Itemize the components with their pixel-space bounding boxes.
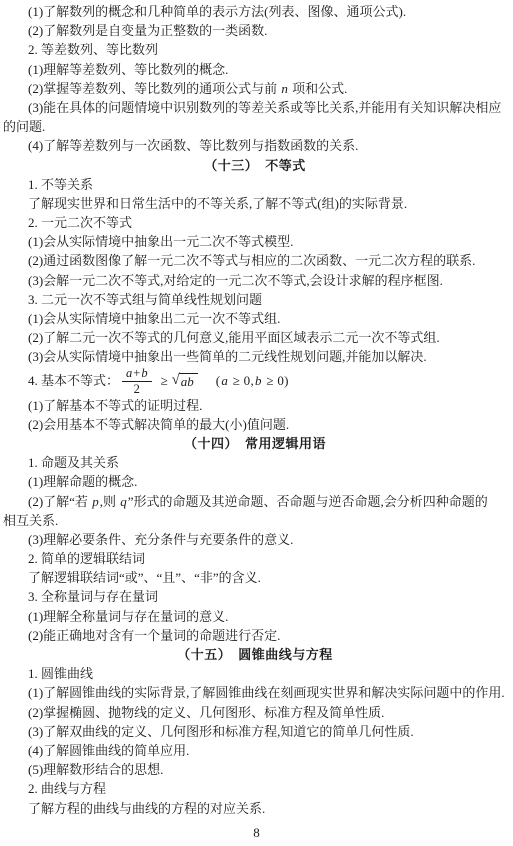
text-segment: ,则 bbox=[100, 494, 120, 509]
text-line: (3)理解必要条件、充分条件与充要条件的意义. bbox=[3, 530, 513, 549]
text-segment: 1. 不等关系 bbox=[28, 177, 93, 192]
text-segment: (2)能正确地对含有一个量词的命题进行否定. bbox=[28, 628, 280, 643]
text-line-continuation: 相互关系. bbox=[3, 511, 513, 530]
text-segment: (1)了解数列的概念和几种简单的表示方法(列表、图像、通项公式). bbox=[28, 4, 406, 19]
math-variable: p bbox=[91, 494, 100, 509]
text-segment: 相互关系. bbox=[3, 513, 58, 528]
text-segment: (2)掌握等差数列、等比数列的通项公式与前 bbox=[28, 81, 280, 96]
math-variable: q bbox=[119, 494, 128, 509]
text-segment: (2)了解“若 bbox=[28, 494, 91, 509]
formula-line: 4. 基本不等式：a+b2≥√ab(a ≥ 0,b ≥ 0) bbox=[3, 367, 513, 396]
text-line: (4)了解等差数列与一次函数、等比数列与指数函数的关系. bbox=[3, 136, 513, 155]
text-line-continuation: 的问题. bbox=[3, 117, 513, 136]
text-line: 了解逻辑联结词“或”、“且”、“非”的含义. bbox=[3, 568, 513, 587]
text-line: (3)会从实际情境中抽象出一些简单的二元线性规划问题,并能加以解决. bbox=[3, 347, 513, 366]
text-segment: (1)会从实际情境中抽象出二元一次不等式组. bbox=[28, 311, 280, 326]
math-variable: a bbox=[220, 373, 229, 388]
text-segment: (3)会解一元二次不等式,对给定的一元二次不等式,会设计求解的程序框图. bbox=[28, 273, 443, 288]
fraction-denominator: 2 bbox=[134, 382, 140, 396]
page-number: 8 bbox=[0, 825, 513, 841]
text-line: (1)会从实际情境中抽象出一元二次不等式模型. bbox=[3, 232, 513, 251]
text-line: (1)了解数列的概念和几种简单的表示方法(列表、图像、通项公式). bbox=[3, 2, 513, 21]
document-page: (1)了解数列的概念和几种简单的表示方法(列表、图像、通项公式).(2)了解数列… bbox=[0, 0, 513, 846]
text-line: 了解现实世界和日常生活中的不等关系,了解不等式(组)的实际背景. bbox=[3, 194, 513, 213]
fraction: a+b2 bbox=[122, 367, 152, 396]
text-line: 了解方程的曲线与曲线的方程的对应关系. bbox=[3, 799, 513, 818]
text-segment: 了解现实世界和日常生活中的不等关系,了解不等式(组)的实际背景. bbox=[28, 196, 407, 211]
text-line: (5)理解数形结合的思想. bbox=[3, 760, 513, 779]
text-segment: (2)会用基本不等式解决简单的最大(小)值问题. bbox=[28, 417, 289, 432]
text-segment: (2)掌握椭圆、抛物线的定义、几何图形、标准方程及简单性质. bbox=[28, 705, 384, 720]
text-segment: (3)能在具体的问题情境中识别数列的等差关系或等比关系,并能用有关知识解决相应 bbox=[28, 100, 501, 115]
section-heading: （十五） 圆锥曲线与方程 bbox=[3, 645, 513, 664]
text-line: (2)了解二元一次不等式的几何意义,能用平面区域表示二元一次不等式组. bbox=[3, 328, 513, 347]
text-line: 1. 命题及其关系 bbox=[3, 453, 513, 472]
fraction-numerator: a+b bbox=[122, 367, 152, 382]
text-segment: （十五） 圆锥曲线与方程 bbox=[177, 647, 333, 662]
text-line: (1)理解命题的概念. bbox=[3, 472, 513, 491]
document-body: (1)了解数列的概念和几种简单的表示方法(列表、图像、通项公式).(2)了解数列… bbox=[3, 2, 513, 818]
text-segment: 2. 曲线与方程 bbox=[28, 781, 106, 796]
text-segment: （十四） 常用逻辑用语 bbox=[184, 436, 326, 451]
text-line: 2. 一元二次不等式 bbox=[3, 213, 513, 232]
text-line: (2)掌握等差数列、等比数列的通项公式与前 n 项和公式. bbox=[3, 79, 513, 98]
radicand: ab bbox=[179, 373, 198, 389]
text-line: (1)理解等差数列、等比数列的概念. bbox=[3, 60, 513, 79]
text-segment: (1)了解圆锥曲线的实际背景,了解圆锥曲线在刻画现实世界和解决实际问题中的作用. bbox=[28, 685, 505, 700]
text-line: (3)能在具体的问题情境中识别数列的等差关系或等比关系,并能用有关知识解决相应 bbox=[3, 98, 513, 117]
text-segment: (4)了解等差数列与一次函数、等比数列与指数函数的关系. bbox=[28, 138, 358, 153]
text-segment: 的问题. bbox=[3, 119, 45, 134]
text-segment: 了解逻辑联结词“或”、“且”、“非”的含义. bbox=[28, 570, 261, 585]
text-segment: (1)了解基本不等式的证明过程. bbox=[28, 398, 202, 413]
text-line: 2. 简单的逻辑联结词 bbox=[3, 549, 513, 568]
text-segment: ≥ 0, bbox=[229, 373, 254, 388]
text-line: 1. 圆锥曲线 bbox=[3, 664, 513, 683]
text-segment: (2)通过函数图像了解一元二次不等式与相应的二次函数、一元二次方程的联系. bbox=[28, 253, 475, 268]
square-root: √ab bbox=[172, 373, 198, 389]
text-segment: (2)了解二元一次不等式的几何意义,能用平面区域表示二元一次不等式组. bbox=[28, 330, 440, 345]
text-segment: ”形式的命题及其逆命题、否命题与逆否命题,会分析四种命题的 bbox=[128, 494, 488, 509]
math-variable: n bbox=[280, 81, 289, 96]
text-line: (4)了解圆锥曲线的简单应用. bbox=[3, 741, 513, 760]
text-segment: （十三） 不等式 bbox=[204, 158, 306, 173]
text-line: 2. 等差数列、等比数列 bbox=[3, 40, 513, 59]
text-segment: 1. 圆锥曲线 bbox=[28, 666, 93, 681]
text-line: (2)了解数列是自变量为正整数的一类函数. bbox=[3, 21, 513, 40]
text-segment: (4)了解圆锥曲线的简单应用. bbox=[28, 743, 189, 758]
text-line: 1. 不等关系 bbox=[3, 175, 513, 194]
text-segment: 3. 全称量词与存在量词 bbox=[28, 589, 158, 604]
text-line: 3. 二元一次不等式组与简单线性规划问题 bbox=[3, 290, 513, 309]
text-segment: (3)会从实际情境中抽象出一些简单的二元线性规划问题,并能加以解决. bbox=[28, 349, 427, 364]
text-segment: 1. 命题及其关系 bbox=[28, 455, 119, 470]
text-segment: (2)了解数列是自变量为正整数的一类函数. bbox=[28, 23, 267, 38]
text-segment: ≥ 0) bbox=[263, 373, 289, 388]
text-line: (3)了解双曲线的定义、几何图形和标准方程,知道它的简单几何性质. bbox=[3, 722, 513, 741]
text-segment: (5)理解数形结合的思想. bbox=[28, 762, 163, 777]
text-segment: (3)了解双曲线的定义、几何图形和标准方程,知道它的简单几何性质. bbox=[28, 724, 414, 739]
math-variable: ab bbox=[180, 374, 195, 389]
domain-condition: (a ≥ 0,b ≥ 0) bbox=[216, 371, 289, 390]
text-line: (1)会从实际情境中抽象出二元一次不等式组. bbox=[3, 309, 513, 328]
text-segment: 2. 简单的逻辑联结词 bbox=[28, 551, 145, 566]
text-line: (2)会用基本不等式解决简单的最大(小)值问题. bbox=[3, 415, 513, 434]
math-variable: b bbox=[140, 366, 148, 380]
text-line: 2. 曲线与方程 bbox=[3, 779, 513, 798]
text-line: (1)了解圆锥曲线的实际背景,了解圆锥曲线在刻画现实世界和解决实际问题中的作用. bbox=[3, 683, 513, 702]
text-line: (1)理解全称量词与存在量词的意义. bbox=[3, 607, 513, 626]
text-segment: 3. 二元一次不等式组与简单线性规划问题 bbox=[28, 292, 262, 307]
text-line: (1)了解基本不等式的证明过程. bbox=[3, 396, 513, 415]
text-segment: (1)会从实际情境中抽象出一元二次不等式模型. bbox=[28, 234, 293, 249]
text-segment: 项和公式. bbox=[289, 81, 348, 96]
text-line: (2)掌握椭圆、抛物线的定义、几何图形、标准方程及简单性质. bbox=[3, 703, 513, 722]
section-heading: （十四） 常用逻辑用语 bbox=[3, 434, 513, 453]
text-segment: (1)理解等差数列、等比数列的概念. bbox=[28, 62, 228, 77]
text-line: (2)能正确地对含有一个量词的命题进行否定. bbox=[3, 626, 513, 645]
text-segment: (1)理解命题的概念. bbox=[28, 474, 137, 489]
text-segment: 了解方程的曲线与曲线的方程的对应关系. bbox=[28, 801, 265, 816]
text-segment: 2. 一元二次不等式 bbox=[28, 215, 132, 230]
formula-label: 4. 基本不等式： bbox=[28, 371, 119, 390]
geq-symbol: ≥ bbox=[161, 371, 168, 390]
text-line: (3)会解一元二次不等式,对给定的一元二次不等式,会设计求解的程序框图. bbox=[3, 271, 513, 290]
text-segment: 2. 等差数列、等比数列 bbox=[28, 42, 158, 57]
text-segment: (1)理解全称量词与存在量词的意义. bbox=[28, 609, 228, 624]
section-heading: （十三） 不等式 bbox=[3, 156, 513, 175]
text-segment: (3)理解必要条件、充分条件与充要条件的意义. bbox=[28, 532, 293, 547]
text-line: (2)了解“若 p,则 q”形式的命题及其逆命题、否命题与逆否命题,会分析四种命… bbox=[3, 492, 513, 511]
text-line: 3. 全称量词与存在量词 bbox=[3, 587, 513, 606]
text-line: (2)通过函数图像了解一元二次不等式与相应的二次函数、一元二次方程的联系. bbox=[3, 251, 513, 270]
math-variable: b bbox=[254, 373, 263, 388]
